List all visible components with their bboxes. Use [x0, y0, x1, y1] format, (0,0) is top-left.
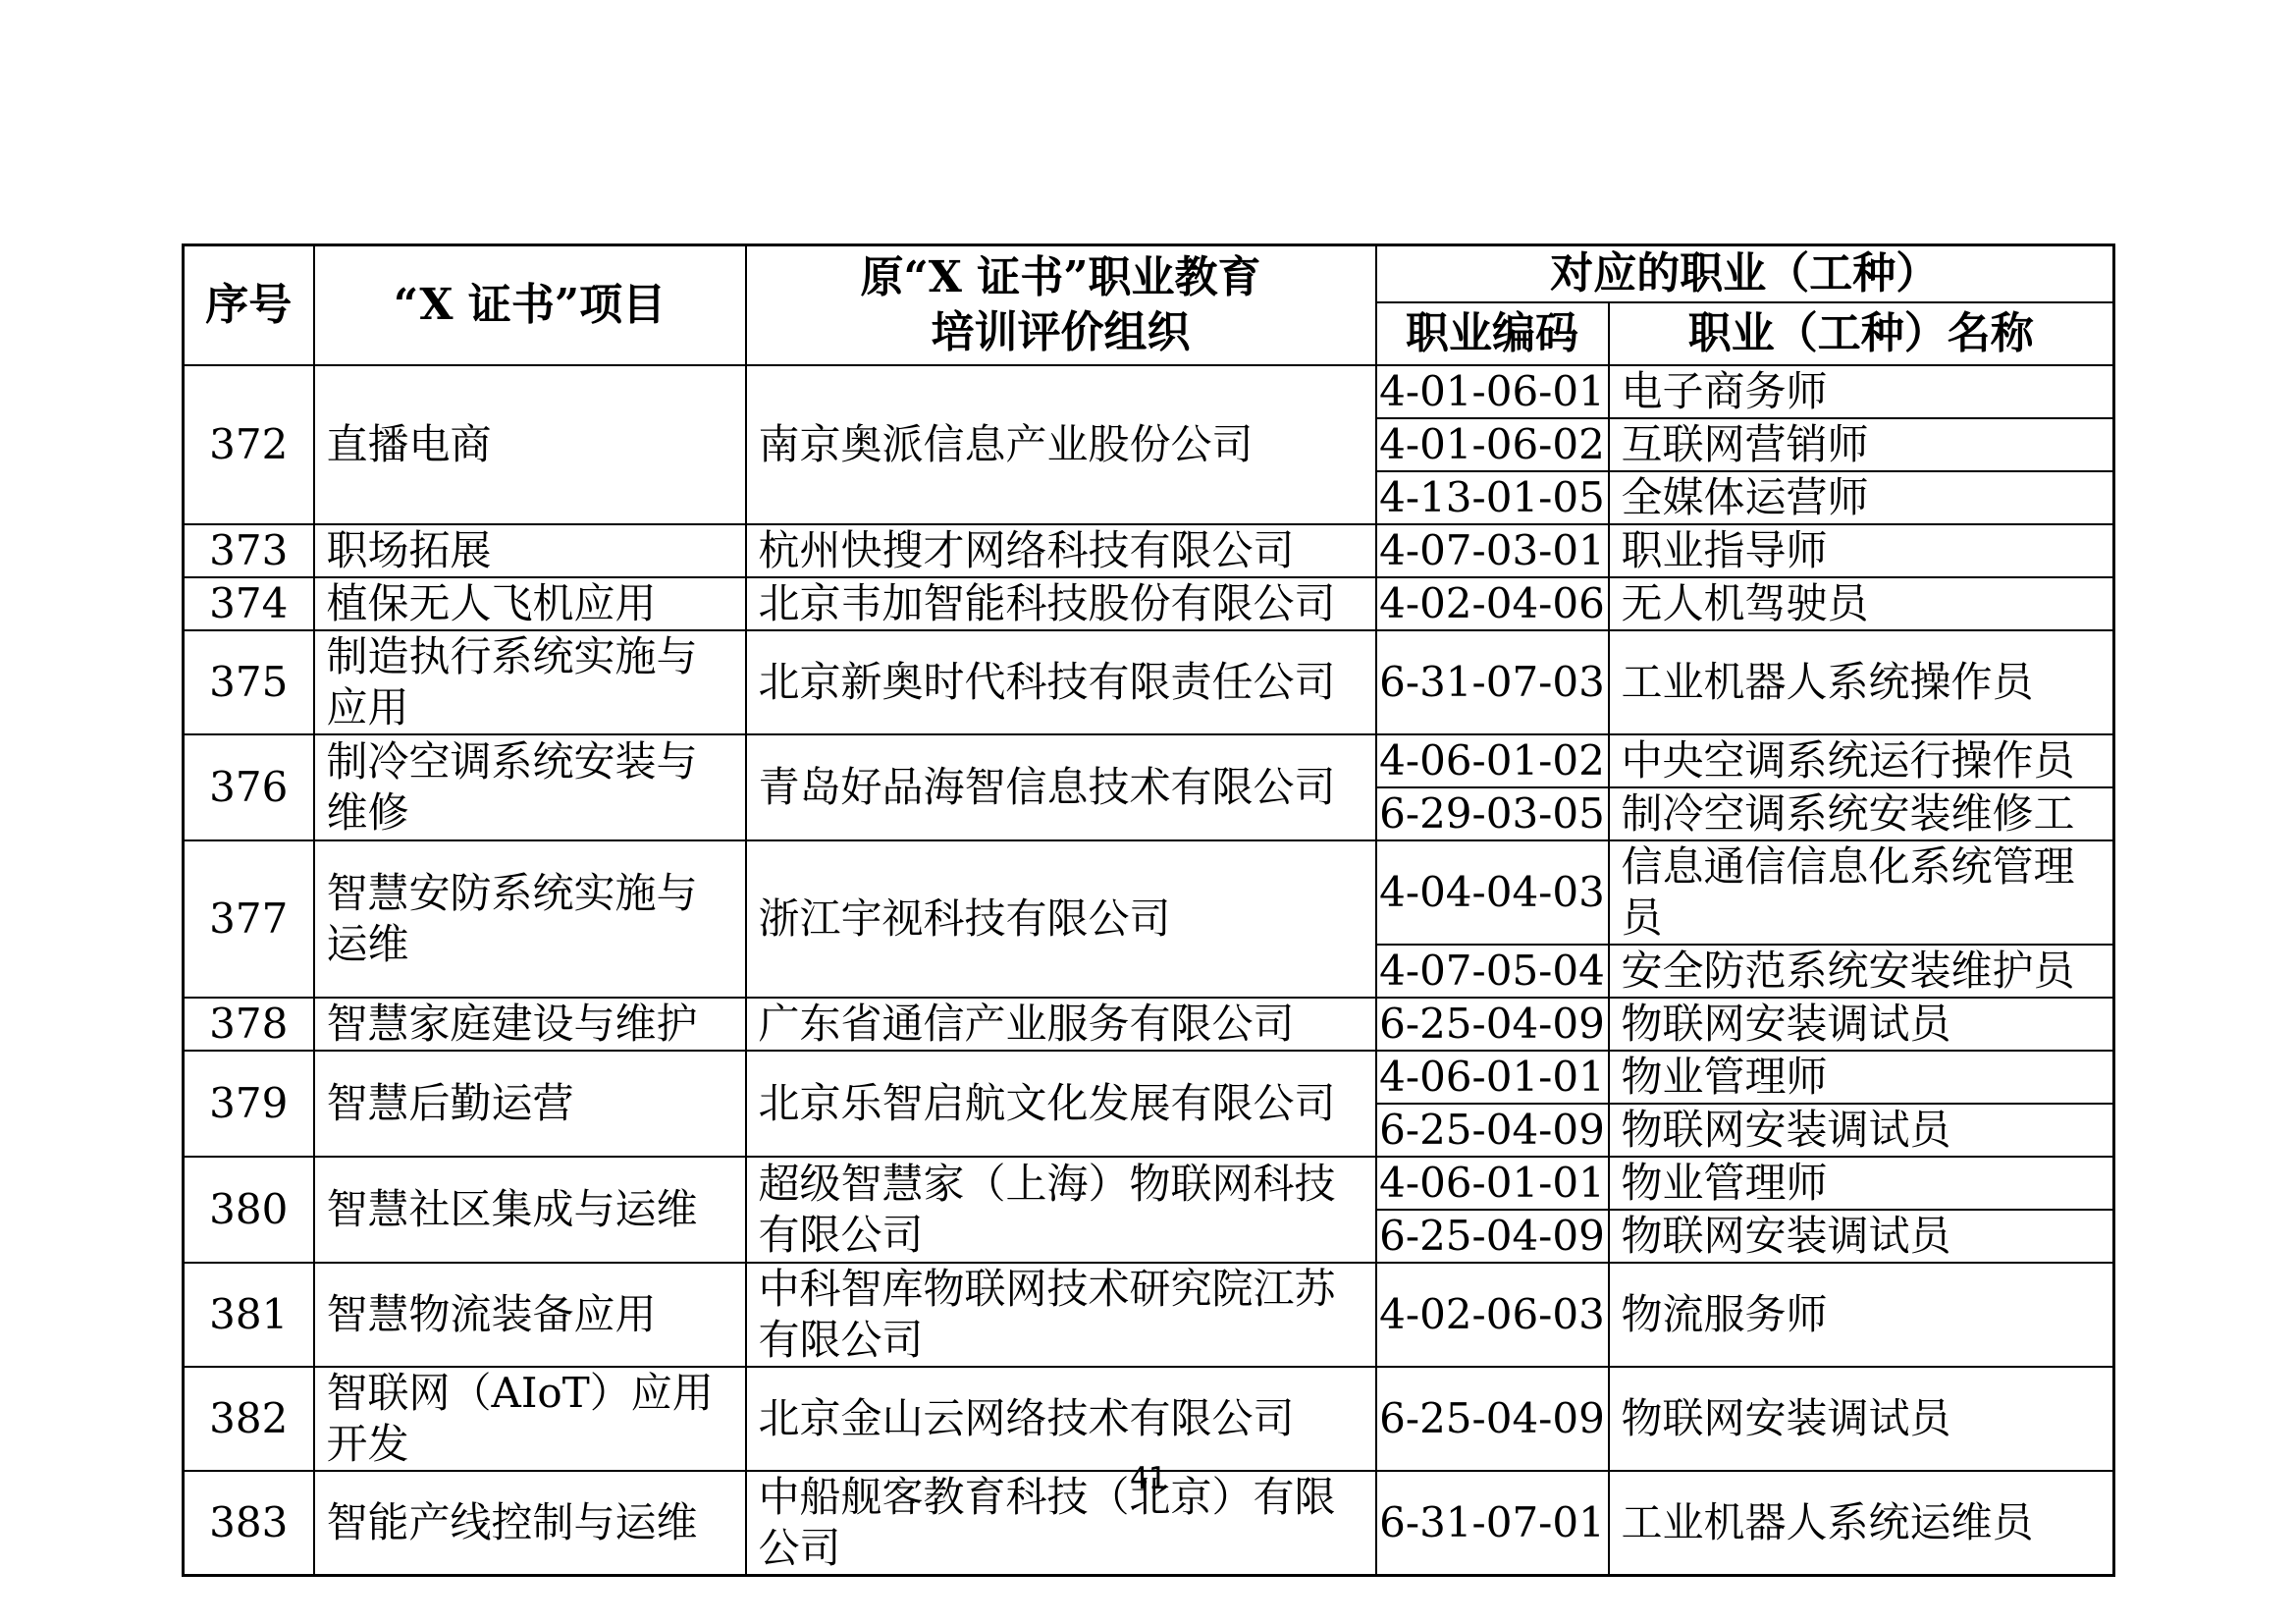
header-org-line1: 原“X 证书”职业教育: [860, 252, 1260, 302]
header-code: 职业编码: [1376, 302, 1609, 365]
table-row: 380 智慧社区集成与运维 超级智慧家（上海）物联网科技有限公司 4-06-01…: [184, 1157, 2114, 1210]
document-page: 序号 “X 证书”项目 原“X 证书”职业教育 培训评价组织 对应的职业（工种）…: [0, 0, 2296, 1624]
name-cell: 中央空调系统运行操作员: [1609, 734, 2114, 787]
name-cell: 信息通信信息化系统管理员: [1609, 840, 2114, 945]
table-row: 372 直播电商 南京奥派信息产业股份公司 4-01-06-01 电子商务师: [184, 365, 2114, 418]
project-cell: 制造执行系统实施与应用: [314, 630, 746, 734]
org-cell: 中科智库物联网技术研究院江苏有限公司: [746, 1263, 1376, 1367]
code-cell: 4-06-01-02: [1376, 734, 1609, 787]
code-cell: 4-07-05-04: [1376, 945, 1609, 998]
code-cell: 6-25-04-09: [1376, 1104, 1609, 1157]
table-row: 377 智慧安防系统实施与运维 浙江宇视科技有限公司 4-04-04-03 信息…: [184, 840, 2114, 945]
name-cell: 安全防范系统安装维护员: [1609, 945, 2114, 998]
seq-cell: 372: [184, 365, 314, 524]
header-name: 职业（工种）名称: [1609, 302, 2114, 365]
table-row: 379 智慧后勤运营 北京乐智启航文化发展有限公司 4-06-01-01 物业管…: [184, 1051, 2114, 1104]
org-cell: 北京新奥时代科技有限责任公司: [746, 630, 1376, 734]
code-cell: 4-07-03-01: [1376, 524, 1609, 577]
org-cell: 浙江宇视科技有限公司: [746, 840, 1376, 998]
seq-cell: 374: [184, 577, 314, 630]
table-row: 373 职场拓展 杭州快搜才网络科技有限公司 4-07-03-01 职业指导师: [184, 524, 2114, 577]
code-cell: 4-01-06-02: [1376, 418, 1609, 471]
table-row: 374 植保无人飞机应用 北京韦加智能科技股份有限公司 4-02-04-06 无…: [184, 577, 2114, 630]
name-cell: 物联网安装调试员: [1609, 998, 2114, 1051]
code-cell: 4-06-01-01: [1376, 1051, 1609, 1104]
org-cell: 北京金山云网络技术有限公司: [746, 1367, 1376, 1471]
table-row: 382 智联网（AIoT）应用开发 北京金山云网络技术有限公司 6-25-04-…: [184, 1367, 2114, 1471]
seq-cell: 375: [184, 630, 314, 734]
code-cell: 6-25-04-09: [1376, 1367, 1609, 1471]
header-project: “X 证书”项目: [314, 245, 746, 366]
name-cell: 物联网安装调试员: [1609, 1367, 2114, 1471]
project-cell: 智慧后勤运营: [314, 1051, 746, 1157]
project-cell: 职场拓展: [314, 524, 746, 577]
seq-cell: 380: [184, 1157, 314, 1263]
seq-cell: 382: [184, 1367, 314, 1471]
seq-cell: 379: [184, 1051, 314, 1157]
project-cell: 制冷空调系统安装与维修: [314, 734, 746, 840]
code-cell: 4-06-01-01: [1376, 1157, 1609, 1210]
seq-cell: 378: [184, 998, 314, 1051]
code-cell: 6-25-04-09: [1376, 1210, 1609, 1263]
code-cell: 4-02-06-03: [1376, 1263, 1609, 1367]
org-cell: 北京韦加智能科技股份有限公司: [746, 577, 1376, 630]
header-row-1: 序号 “X 证书”项目 原“X 证书”职业教育 培训评价组织 对应的职业（工种）: [184, 245, 2114, 303]
name-cell: 物业管理师: [1609, 1051, 2114, 1104]
code-cell: 4-04-04-03: [1376, 840, 1609, 945]
project-cell: 智慧物流装备应用: [314, 1263, 746, 1367]
code-cell: 4-02-04-06: [1376, 577, 1609, 630]
org-cell: 杭州快搜才网络科技有限公司: [746, 524, 1376, 577]
name-cell: 职业指导师: [1609, 524, 2114, 577]
header-occupation-group: 对应的职业（工种）: [1376, 245, 2114, 303]
project-cell: 植保无人飞机应用: [314, 577, 746, 630]
seq-cell: 377: [184, 840, 314, 998]
name-cell: 制冷空调系统安装维修工: [1609, 787, 2114, 840]
org-cell: 北京乐智启航文化发展有限公司: [746, 1051, 1376, 1157]
org-cell: 广东省通信产业服务有限公司: [746, 998, 1376, 1051]
code-cell: 6-25-04-09: [1376, 998, 1609, 1051]
page-number: 41: [0, 1461, 2296, 1496]
name-cell: 全媒体运营师: [1609, 471, 2114, 524]
project-cell: 智联网（AIoT）应用开发: [314, 1367, 746, 1471]
name-cell: 互联网营销师: [1609, 418, 2114, 471]
seq-cell: 381: [184, 1263, 314, 1367]
org-cell: 超级智慧家（上海）物联网科技有限公司: [746, 1157, 1376, 1263]
name-cell: 物联网安装调试员: [1609, 1104, 2114, 1157]
name-cell: 电子商务师: [1609, 365, 2114, 418]
header-seq: 序号: [184, 245, 314, 366]
project-cell: 智慧安防系统实施与运维: [314, 840, 746, 998]
org-cell: 南京奥派信息产业股份公司: [746, 365, 1376, 524]
project-cell: 智慧家庭建设与维护: [314, 998, 746, 1051]
name-cell: 物流服务师: [1609, 1263, 2114, 1367]
name-cell: 物联网安装调试员: [1609, 1210, 2114, 1263]
header-org: 原“X 证书”职业教育 培训评价组织: [746, 245, 1376, 366]
code-cell: 4-01-06-01: [1376, 365, 1609, 418]
code-cell: 6-29-03-05: [1376, 787, 1609, 840]
name-cell: 无人机驾驶员: [1609, 577, 2114, 630]
project-cell: 智慧社区集成与运维: [314, 1157, 746, 1263]
table-row: 375 制造执行系统实施与应用 北京新奥时代科技有限责任公司 6-31-07-0…: [184, 630, 2114, 734]
table-row: 376 制冷空调系统安装与维修 青岛好品海智信息技术有限公司 4-06-01-0…: [184, 734, 2114, 787]
code-cell: 6-31-07-03: [1376, 630, 1609, 734]
name-cell: 工业机器人系统操作员: [1609, 630, 2114, 734]
seq-cell: 376: [184, 734, 314, 840]
code-cell: 4-13-01-05: [1376, 471, 1609, 524]
name-cell: 物业管理师: [1609, 1157, 2114, 1210]
header-org-line2: 培训评价组织: [932, 307, 1191, 357]
project-cell: 直播电商: [314, 365, 746, 524]
table-row: 378 智慧家庭建设与维护 广东省通信产业服务有限公司 6-25-04-09 物…: [184, 998, 2114, 1051]
certificate-table: 序号 “X 证书”项目 原“X 证书”职业教育 培训评价组织 对应的职业（工种）…: [182, 244, 2115, 1577]
table-row: 381 智慧物流装备应用 中科智库物联网技术研究院江苏有限公司 4-02-06-…: [184, 1263, 2114, 1367]
org-cell: 青岛好品海智信息技术有限公司: [746, 734, 1376, 840]
seq-cell: 373: [184, 524, 314, 577]
